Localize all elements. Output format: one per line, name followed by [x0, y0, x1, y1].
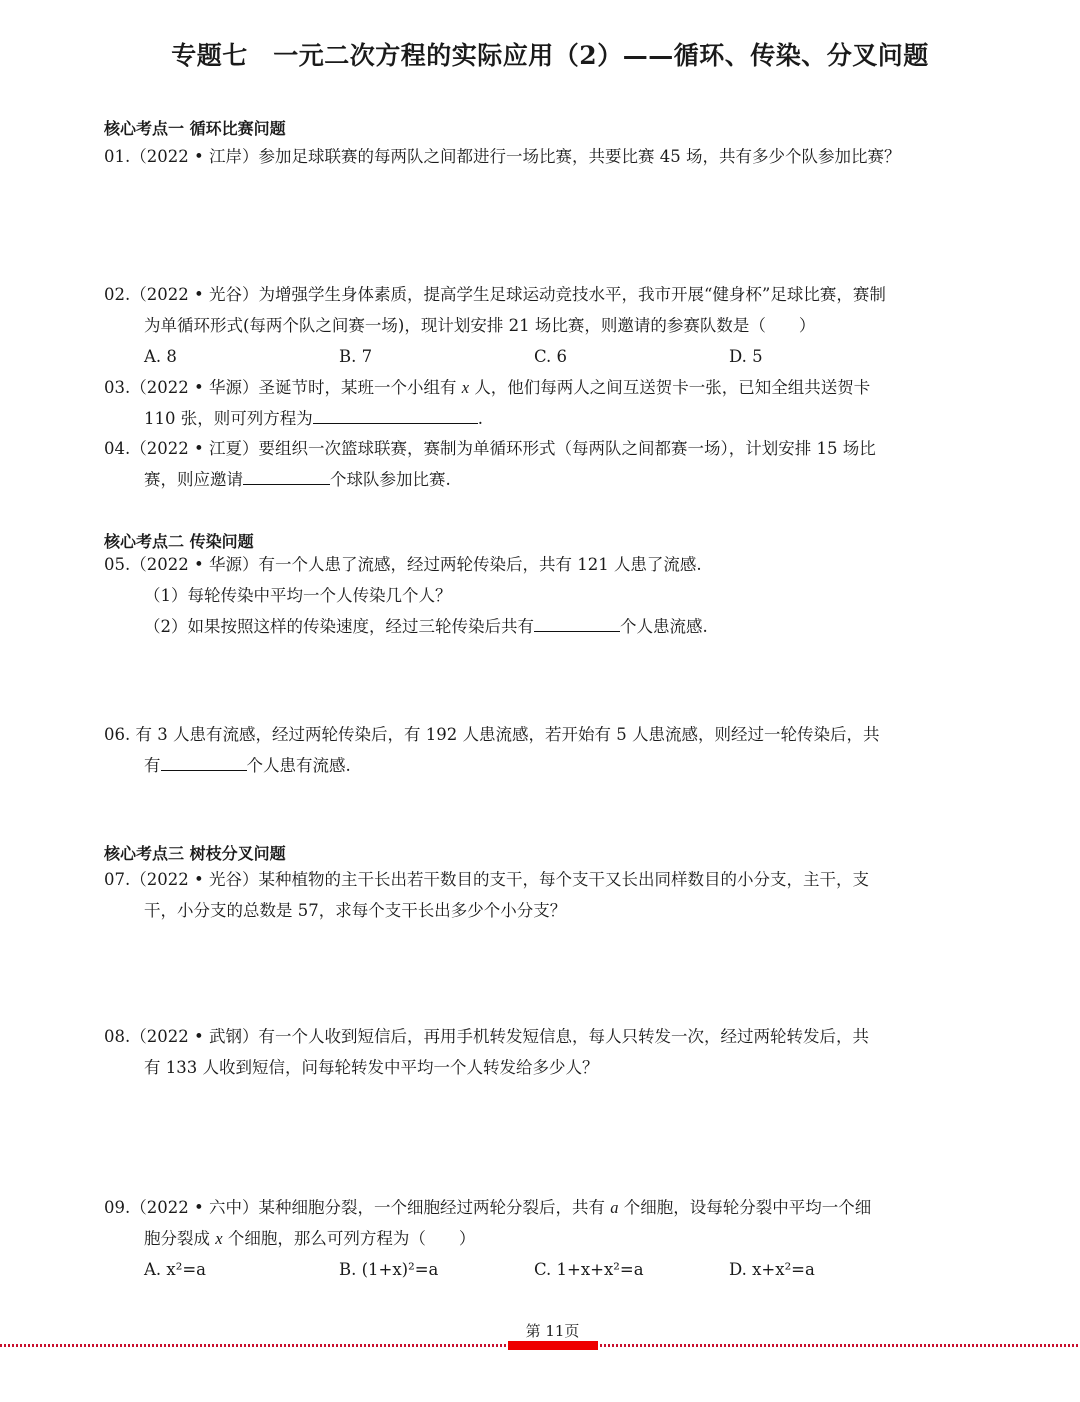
option-a: A. 8	[144, 341, 339, 372]
section-heading-branching: 核心考点三 树枝分叉问题	[104, 841, 286, 864]
answer-blank	[313, 407, 478, 424]
option-c: C. 1+x+x²=a	[534, 1254, 729, 1285]
question-03: 03.（2022 • 华源）圣诞节时，某班一个小组有 x 人，他们每两人之间互送…	[104, 372, 1004, 434]
footer-accent-bar	[508, 1341, 598, 1350]
option-c: C. 6	[534, 341, 729, 372]
option-b: B. 7	[339, 341, 534, 372]
option-d: D. 5	[729, 341, 924, 372]
question-05: 05.（2022 • 华源）有一个人患了流感，经过两轮传染后，共有 121 人患…	[104, 549, 1004, 642]
options: A. x²=a B. (1+x)²=a C. 1+x+x²=a D. x+x²=…	[104, 1254, 1004, 1285]
question-07: 07.（2022 • 光谷）某种植物的主干长出若干数目的支干，每个支干又长出同样…	[104, 864, 1004, 926]
question-08: 08.（2022 • 武钢）有一个人收到短信后，再用手机转发短信息，每人只转发一…	[104, 1021, 1004, 1083]
options: A. 8 B. 7 C. 6 D. 5	[104, 341, 1004, 372]
answer-blank	[161, 754, 247, 771]
option-b: B. (1+x)²=a	[339, 1254, 534, 1285]
answer-blank	[534, 615, 620, 632]
section-heading-round-robin: 核心考点一 循环比赛问题	[104, 116, 286, 139]
option-a: A. x²=a	[144, 1254, 339, 1285]
question-06: 06. 有 3 人患有流感，经过两轮传染后，有 192 人患流感，若开始有 5 …	[104, 719, 1004, 781]
question-02: 02.（2022 • 光谷）为增强学生身体素质，提高学生足球运动竞技水平，我市开…	[104, 279, 1004, 372]
question-04: 04.（2022 • 江夏）要组织一次篮球联赛，赛制为单循环形式（每两队之间都赛…	[104, 433, 1004, 495]
question-01: 01.（2022 • 江岸）参加足球联赛的每两队之间都进行一场比赛，共要比赛 4…	[104, 141, 1004, 172]
page-title: 专题七 一元二次方程的实际应用（2）——循环、传染、分叉问题	[0, 36, 1080, 72]
option-d: D. x+x²=a	[729, 1254, 924, 1285]
question-09: 09.（2022 • 六中）某种细胞分裂，一个细胞经过两轮分裂后，共有 a 个细…	[104, 1192, 1004, 1285]
page-number: 第 11页	[0, 1320, 1080, 1341]
answer-blank	[243, 468, 330, 485]
